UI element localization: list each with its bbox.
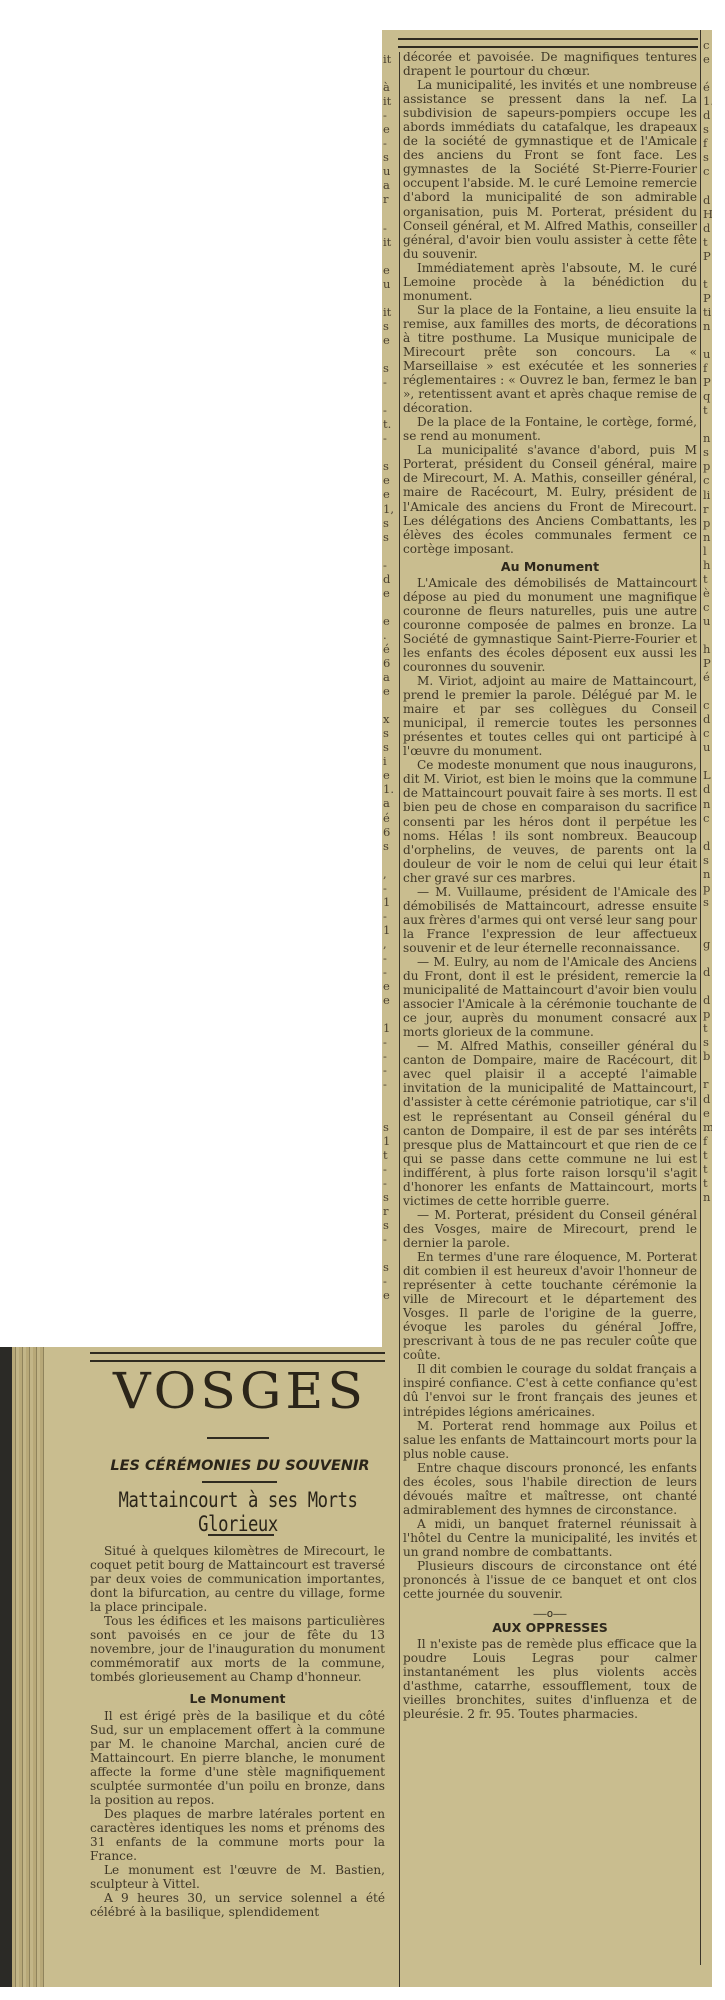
article-kicker: LES CÉRÉMONIES DU SOUVENIR xyxy=(95,1458,385,1474)
paragraph: — M. Eulry, au nom de l'Amicale des Anci… xyxy=(403,955,697,1039)
article-headline: Mattaincourt à ses Morts Glorieux xyxy=(115,1488,361,1536)
ornament-divider: ——o—— xyxy=(403,1609,697,1619)
column-divider-right xyxy=(700,30,701,1965)
column-divider-left xyxy=(399,52,400,1987)
paragraph: Le monument est l'œuvre de M. Bastien, s… xyxy=(90,1863,385,1891)
paragraph: Entre chaque discours prononcé, les enfa… xyxy=(403,1461,697,1517)
headline-rule xyxy=(208,1534,274,1536)
paragraph: — M. Porterat, président du Conseil géné… xyxy=(403,1208,697,1250)
article-column-left: Situé à quelques kilomètres de Mirecourt… xyxy=(90,1544,385,1919)
paragraph: A 9 heures 30, un service solennel a été… xyxy=(90,1891,385,1919)
kicker-rule xyxy=(202,1481,277,1483)
paragraph: — M. Alfred Mathis, conseiller général d… xyxy=(403,1039,697,1208)
ornament-rule xyxy=(207,1437,269,1439)
paragraph: Situé à quelques kilomètres de Mirecourt… xyxy=(90,1544,385,1614)
binding-edge xyxy=(0,1347,12,1987)
adjacent-column-fragment-right: c e é 1. d s f s c d H d t P t P ti n u … xyxy=(703,38,712,1978)
subheading-le-monument: Le Monument xyxy=(90,1692,385,1706)
paragraph: Il est érigé près de la basilique et du … xyxy=(90,1709,385,1807)
paragraph: En termes d'une rare éloquence, M. Porte… xyxy=(403,1250,697,1362)
paragraph: M. Porterat rend hommage aux Poilus et s… xyxy=(403,1419,697,1461)
paragraph: A midi, un banquet fraternel réunissait … xyxy=(403,1517,697,1559)
section-title: VOSGES xyxy=(95,1364,385,1421)
ad-text: Il n'existe pas de remède plus efficace … xyxy=(403,1637,697,1721)
binding-margin-lines xyxy=(12,1347,44,1987)
ad-title: AUX OPPRESSES xyxy=(403,1621,697,1635)
paragraph: — M. Vuillaume, président de l'Amicale d… xyxy=(403,885,697,955)
paragraph: Sur la place de la Fontaine, a lieu ensu… xyxy=(403,303,697,415)
paragraph: Immédiatement après l'absoute, M. le cur… xyxy=(403,261,697,303)
paragraph: Tous les édifices et les maisons particu… xyxy=(90,1614,385,1684)
paragraph: La municipalité, les invités et une nomb… xyxy=(403,78,697,261)
paragraph: Ce modeste monument que nous inaugurons,… xyxy=(403,758,697,884)
section-top-rule xyxy=(90,1352,385,1362)
paragraph: L'Amicale des démobilisés de Mattaincour… xyxy=(403,576,697,674)
paragraph: De la place de la Fontaine, le cortège, … xyxy=(403,415,697,443)
paragraph: M. Viriot, adjoint au maire de Mattainco… xyxy=(403,674,697,758)
paragraph: Plusieurs discours de circonstance ont é… xyxy=(403,1559,697,1601)
paragraph: Il dit combien le courage du soldat fran… xyxy=(403,1362,697,1418)
adjacent-column-fragment-left: it à it - e - s u a r - it e u it s e s … xyxy=(383,52,398,1342)
subheading-au-monument: Au Monument xyxy=(403,560,697,574)
paragraph: Des plaques de marbre latérales portent … xyxy=(90,1807,385,1863)
paragraph: décorée et pavoisée. De magnifiques tent… xyxy=(403,50,697,78)
paragraph: La municipalité s'avance d'abord, puis M… xyxy=(403,443,697,555)
article-column-right: décorée et pavoisée. De magnifiques tent… xyxy=(403,50,697,1721)
column-top-rule xyxy=(398,38,698,48)
